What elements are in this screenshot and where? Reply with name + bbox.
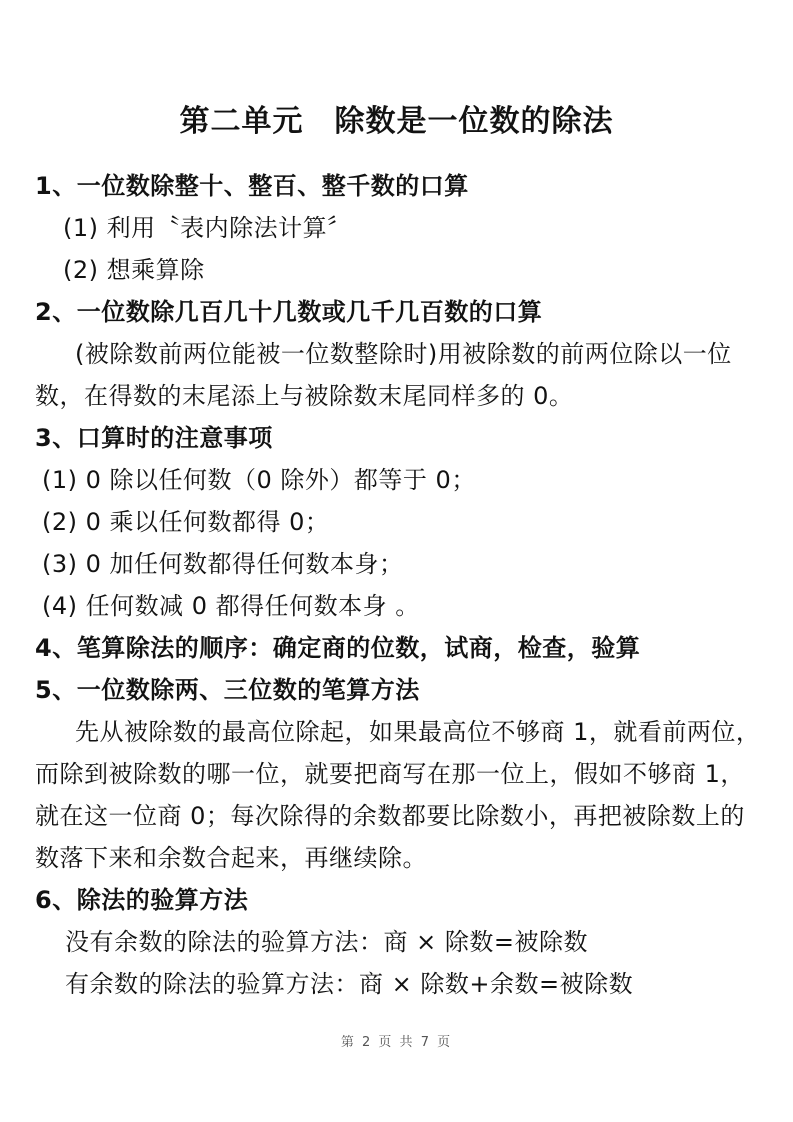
section-5-paragraph-line-4: 数落下来和余数合起来，再继续除。 xyxy=(35,837,758,879)
section-6-heading: 6、除法的验算方法 xyxy=(35,879,758,921)
section-6-method-line-2: 有余数的除法的验算方法：商 × 除数+余数=被除数 xyxy=(35,963,758,1005)
section-2-heading: 2、一位数除几百几十几数或几千几百数的口算 xyxy=(35,291,758,333)
section-1-item-1: (1) 利用〝表内除法计算〞 xyxy=(35,207,758,249)
section-3-item-4: (4) 任何数减 0 都得任何数本身 。 xyxy=(35,585,758,627)
page-footer: 第 2 页 共 7 页 xyxy=(0,1031,793,1050)
section-5-paragraph-line-3: 就在这一位商 0；每次除得的余数都要比除数小，再把被除数上的 xyxy=(35,795,758,837)
section-2-paragraph-line-2: 数，在得数的末尾添上与被除数末尾同样多的 0。 xyxy=(35,375,758,417)
section-3-item-1: (1) 0 除以任何数（0 除外）都等于 0； xyxy=(35,459,758,501)
section-3-heading: 3、口算时的注意事项 xyxy=(35,417,758,459)
section-1-item-2: (2) 想乘算除 xyxy=(35,249,758,291)
section-4-heading: 4、笔算除法的顺序：确定商的位数，试商，检查，验算 xyxy=(35,627,758,669)
section-3-item-2: (2) 0 乘以任何数都得 0； xyxy=(35,501,758,543)
document-content: 第二单元 除数是一位数的除法 1、一位数除整十、整百、整千数的口算 (1) 利用… xyxy=(0,0,793,1005)
document-title: 第二单元 除数是一位数的除法 xyxy=(35,102,758,142)
document-page: 第二单元 除数是一位数的除法 1、一位数除整十、整百、整千数的口算 (1) 利用… xyxy=(0,0,793,1122)
section-2-paragraph-line-1: (被除数前两位能被一位数整除时)用被除数的前两位除以一位 xyxy=(35,333,758,375)
section-5-paragraph-line-2: 而除到被除数的哪一位，就要把商写在那一位上，假如不够商 1， xyxy=(35,753,758,795)
section-5-paragraph-line-1: 先从被除数的最高位除起，如果最高位不够商 1，就看前两位， xyxy=(35,711,758,753)
section-3-item-3: (3) 0 加任何数都得任何数本身； xyxy=(35,543,758,585)
section-6-method-line-1: 没有余数的除法的验算方法：商 × 除数=被除数 xyxy=(35,921,758,963)
section-1-heading: 1、一位数除整十、整百、整千数的口算 xyxy=(35,165,758,207)
section-5-heading: 5、一位数除两、三位数的笔算方法 xyxy=(35,669,758,711)
